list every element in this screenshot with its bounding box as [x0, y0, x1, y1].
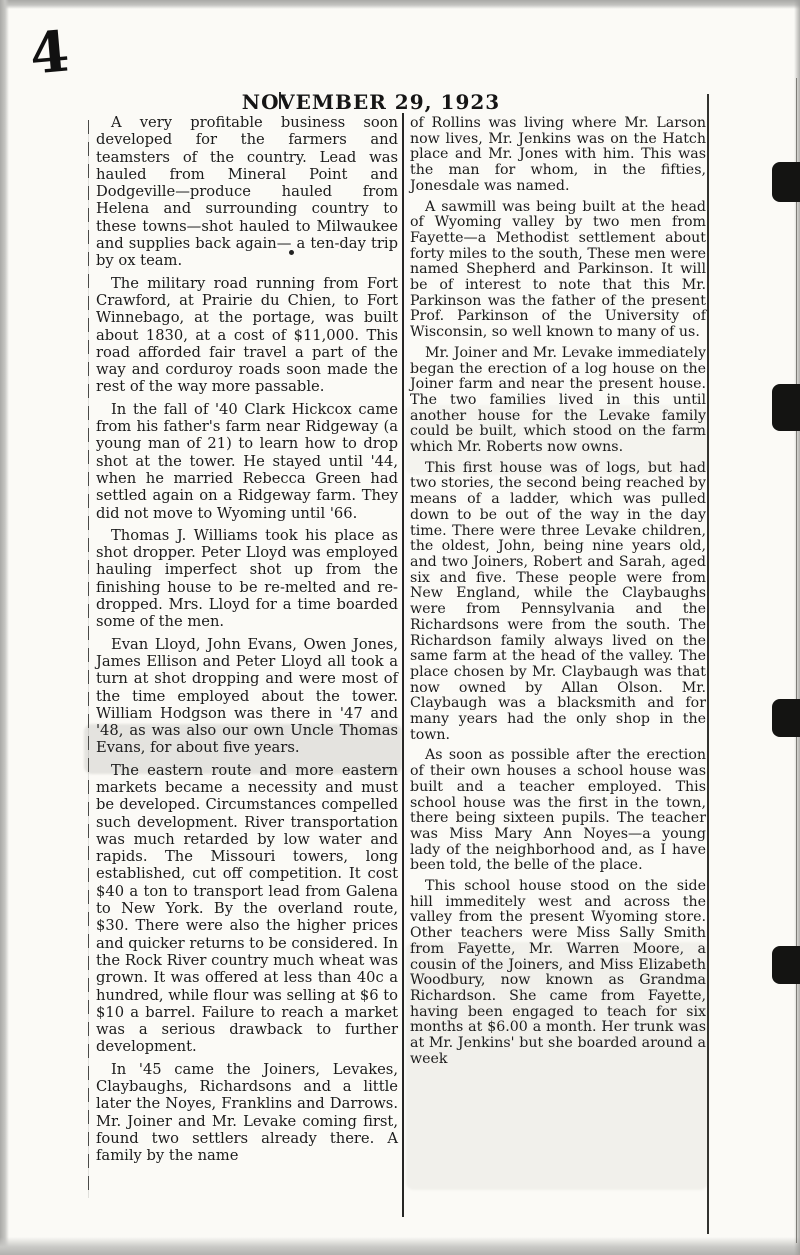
paragraph: Mr. Joiner and Mr. Levake immediately be…: [410, 346, 706, 456]
paragraph: A very profitable business soon develope…: [96, 114, 398, 270]
scan-edge-left: [0, 0, 9, 1255]
paragraph: of Rollins was living where Mr. Larson n…: [410, 116, 706, 195]
binding-tab: [772, 384, 800, 431]
ink-dot: [289, 250, 294, 255]
paragraph: In the fall of '40 Clark Hickcox came fr…: [96, 401, 398, 522]
binding-tab: [772, 946, 800, 984]
paragraph: Evan Lloyd, John Evans, Owen Jones, Jame…: [96, 636, 398, 757]
date-heading: NOVEMBER 29, 1923: [0, 90, 742, 114]
binding-tab: [772, 162, 800, 202]
scan-edge-top: [0, 0, 800, 9]
newspaper-page: 4 NOVEMBER 29, 1923 A very profitable bu…: [0, 0, 800, 1255]
paragraph: As soon as possible after the erection o…: [410, 748, 706, 874]
scan-edge-bottom: [0, 1237, 800, 1255]
page-number: 4: [27, 18, 72, 87]
paragraph: This school house stood on the side hill…: [410, 879, 706, 1067]
page-edge-rule: [796, 78, 797, 1243]
left-column: A very profitable business soon develope…: [96, 114, 398, 1170]
paragraph: A sawmill was being built at the head of…: [410, 200, 706, 341]
right-column: of Rollins was living where Mr. Larson n…: [410, 116, 706, 1072]
paragraph: This first house was of logs, but had tw…: [410, 461, 706, 744]
paragraph: Thomas J. Williams took his place as sho…: [96, 527, 398, 631]
paragraph: The eastern route and more eastern marke…: [96, 762, 398, 1056]
paragraph: The military road running from Fort Craw…: [96, 275, 398, 396]
column-rule-right: [707, 94, 709, 1234]
column-divider: [402, 113, 404, 1217]
paragraph: In '45 came the Joiners, Levakes, Clayba…: [96, 1061, 398, 1165]
binding-tab: [772, 699, 800, 737]
column-rule-left: [88, 120, 89, 1198]
